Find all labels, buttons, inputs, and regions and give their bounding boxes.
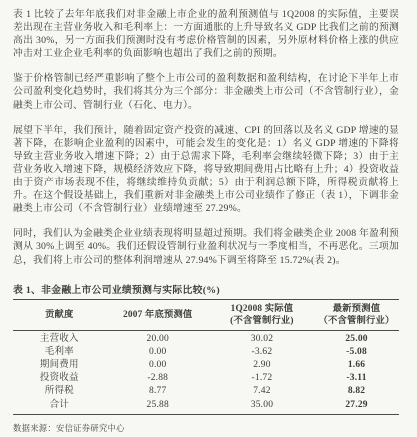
header-latest-line1: 最新预测值 — [314, 303, 399, 315]
cell-latest: 8.82 — [314, 385, 399, 398]
row-label: 毛利率 — [13, 346, 106, 359]
header-2007-forecast: 2007 年底预测值 — [106, 299, 210, 330]
header-latest-line2: （不含管制行业） — [314, 315, 399, 327]
cell-2007: -2.88 — [106, 372, 210, 385]
report-page: 表 1 比较了去年年底我们对非金融上市企业的盈利预测值与 1Q2008 的实际值… — [0, 0, 417, 437]
row-label: 投资收益 — [13, 372, 106, 385]
cell-2007: 8.77 — [106, 385, 210, 398]
header-contribution: 贡献度 — [13, 299, 106, 330]
source-note: 数据来源：安信证券研究中心 — [13, 422, 399, 434]
paragraph-2: 鉴于价格管制已经严重影响了整个上市公司的盈利数据和盈利结构，在讨论下半年上市公司… — [13, 72, 399, 111]
header-1q2008-line1: 1Q2008 实际值 — [210, 303, 314, 315]
forecast-table: 贡献度 2007 年底预测值 1Q2008 实际值 (不含管制行业) 最新预测值… — [13, 299, 399, 415]
header-1q2008-line2: (不含管制行业) — [210, 315, 314, 327]
header-latest-forecast: 最新预测值 （不含管制行业） — [314, 299, 399, 330]
body-text: 表 1 比较了去年年底我们对非金融上市企业的盈利预测值与 1Q2008 的实际值… — [13, 8, 399, 267]
cell-1q2008: -3.62 — [210, 346, 314, 359]
row-label: 期间费用 — [13, 359, 106, 372]
cell-latest: -5.08 — [314, 346, 399, 359]
paragraph-1: 表 1 比较了去年年底我们对非金融上市企业的盈利预测值与 1Q2008 的实际值… — [13, 8, 399, 60]
table-row: 毛利率 0.00 -3.62 -5.08 — [13, 346, 399, 359]
table-row: 投资收益 -2.88 -1.72 -3.11 — [13, 372, 399, 385]
paragraph-4: 同时，我们认为金融类企业业绩表现将明显超过预期。我们将金融类企业 2008 年盈… — [13, 227, 399, 266]
paragraph-3: 展望下半年，我们预计，随着固定资产投资的减速、CPI 的回落以及名义 GDP 增… — [13, 124, 399, 216]
table-title: 表 1、非金融上市公司业绩预测与实际比较(%) — [13, 282, 399, 296]
table-section: 表 1、非金融上市公司业绩预测与实际比较(%) 贡献度 2007 年底预测值 1… — [13, 282, 399, 434]
cell-2007: 0.00 — [106, 346, 210, 359]
cell-1q2008: 35.00 — [210, 399, 314, 415]
table-row: 所得税 8.77 7.42 8.82 — [13, 385, 399, 398]
table-row: 期间费用 0.00 2.90 1.66 — [13, 359, 399, 372]
row-label: 所得税 — [13, 385, 106, 398]
row-label: 合计 — [13, 399, 106, 415]
cell-1q2008: 2.90 — [210, 359, 314, 372]
cell-2007: 25.88 — [106, 399, 210, 415]
table-row-total: 合计 25.88 35.00 27.29 — [13, 399, 399, 415]
cell-latest: 25.00 — [314, 330, 399, 346]
cell-2007: 0.00 — [106, 359, 210, 372]
row-label: 主营收入 — [13, 330, 106, 346]
cell-latest: 1.66 — [314, 359, 399, 372]
cell-1q2008: 30.02 — [210, 330, 314, 346]
cell-latest: 27.29 — [314, 399, 399, 415]
cell-1q2008: 7.42 — [210, 385, 314, 398]
cell-1q2008: -1.72 — [210, 372, 314, 385]
header-1q2008-actual: 1Q2008 实际值 (不含管制行业) — [210, 299, 314, 330]
cell-2007: 20.00 — [106, 330, 210, 346]
table-row: 主营收入 20.00 30.02 25.00 — [13, 330, 399, 346]
header-row: 贡献度 2007 年底预测值 1Q2008 实际值 (不含管制行业) 最新预测值… — [13, 299, 399, 330]
cell-latest: -3.11 — [314, 372, 399, 385]
